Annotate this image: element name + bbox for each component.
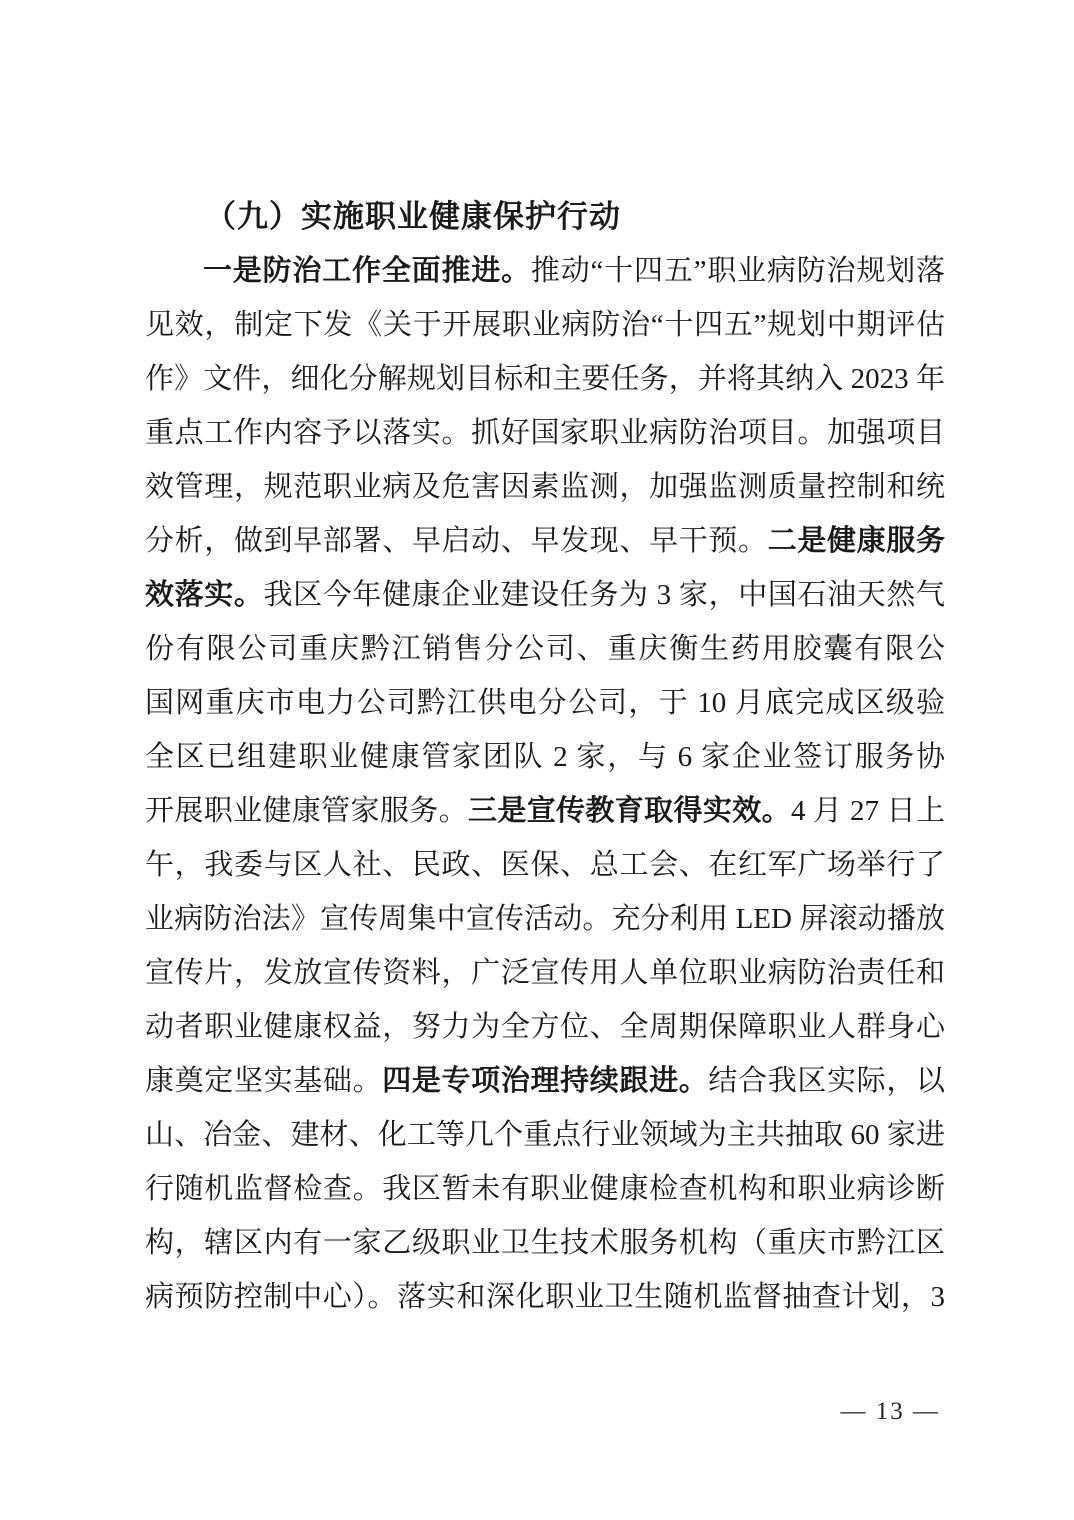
text-line: 作》文件，细化分解规划目标和主要任务，并将其纳入 2023 年: [145, 352, 945, 406]
text-line: 宣传片，发放宣传资料，广泛宣传用人单位职业病防治责任和劳: [145, 946, 945, 1000]
text-run: 午，我委与区人社、民政、医保、总工会、在红军广场举行了《职: [145, 849, 945, 892]
text-run: 见效，制定下发《关于开展职业病防治“十四五”规划中期评估工: [145, 309, 945, 352]
text-line: 行随机监督检查。我区暂未有职业健康检查机构和职业病诊断机: [145, 1162, 945, 1216]
text-line: 业病防治法》宣传周集中宣传活动。充分利用 LED 屏滚动播放: [145, 892, 945, 946]
text-line: 开展职业健康管家服务。三是宣传教育取得实效。4 月 27 日上: [145, 784, 945, 838]
text-run: 业病防治法》宣传周集中宣传活动。充分利用 LED 屏滚动播放: [145, 903, 945, 935]
bold-text-run: 四是专项治理持续跟进。: [382, 1065, 708, 1097]
text-run: 病预防控制中心）。落实和深化职业卫生随机监督抽查计划，3: [145, 1281, 945, 1313]
text-run: 全区已组建职业健康管家团队 2 家，与 6 家企业签订服务协议，: [145, 741, 945, 784]
text-run: 国网重庆市电力公司黔江供电分公司，于 10 月底完成区级验收。: [145, 687, 945, 730]
text-run: 动者职业健康权益，努力为全方位、全周期保障职业人群身心健: [145, 1011, 945, 1054]
text-run: 行随机监督检查。我区暂未有职业健康检查机构和职业病诊断机: [145, 1173, 945, 1216]
text-run: 我区今年健康企业建设任务为 3 家，中国石油天然气股: [145, 579, 945, 622]
paragraph: 一是防治工作全面推进。推动“十四五”职业病防治规划落地见效，制定下发《关于开展职…: [145, 244, 945, 1324]
text-line: 份有限公司重庆黔江销售分公司、重庆衡生药用胶囊有限公司、: [145, 622, 945, 676]
text-line: 效管理，规范职业病及危害因素监测，加强监测质量控制和统计: [145, 460, 945, 514]
text-run: 康奠定坚实基础。: [145, 1065, 382, 1097]
bold-text-run: 效落实。: [145, 579, 264, 611]
text-line: 一是防治工作全面推进。推动“十四五”职业病防治规划落地: [145, 244, 945, 298]
page-number: — 13 —: [841, 1392, 941, 1432]
bold-text-run: 一是防治工作全面推进。: [203, 255, 531, 287]
document-page: （九）实施职业健康保护行动 一是防治工作全面推进。推动“十四五”职业病防治规划落…: [0, 0, 1074, 1520]
text-line: 国网重庆市电力公司黔江供电分公司，于 10 月底完成区级验收。: [145, 676, 945, 730]
text-run: 分析，做到早部署、早启动、早发现、早干预。: [145, 525, 768, 557]
text-run: 山、冶金、建材、化工等几个重点行业领域为主共抽取 60 家进: [145, 1119, 945, 1151]
text-line: 康奠定坚实基础。四是专项治理持续跟进。结合我区实际，以矿: [145, 1054, 945, 1108]
text-line: 见效，制定下发《关于开展职业病防治“十四五”规划中期评估工: [145, 298, 945, 352]
text-line: 午，我委与区人社、民政、医保、总工会、在红军广场举行了《职: [145, 838, 945, 892]
text-run: 开展职业健康管家服务。: [145, 795, 468, 827]
text-line: 效落实。我区今年健康企业建设任务为 3 家，中国石油天然气股: [145, 568, 945, 622]
text-run: 效管理，规范职业病及危害因素监测，加强监测质量控制和统计: [145, 471, 945, 514]
text-run: 作》文件，细化分解规划目标和主要任务，并将其纳入 2023 年: [145, 363, 945, 395]
text-line: 动者职业健康权益，努力为全方位、全周期保障职业人群身心健: [145, 1000, 945, 1054]
text-run: 4 月 27 日上: [791, 795, 945, 827]
bold-text-run: 三是宣传教育取得实效。: [468, 795, 791, 827]
text-run: 重点工作内容予以落实。抓好国家职业病防治项目。加强项目绩: [145, 417, 945, 460]
text-run: 构，辖区内有一家乙级职业卫生技术服务机构（重庆市黔江区疾: [145, 1227, 945, 1270]
text-line: 重点工作内容予以落实。抓好国家职业病防治项目。加强项目绩: [145, 406, 945, 460]
section-heading: （九）实施职业健康保护行动: [145, 190, 945, 244]
text-line: 分析，做到早部署、早启动、早发现、早干预。二是健康服务有: [145, 514, 945, 568]
text-run: 份有限公司重庆黔江销售分公司、重庆衡生药用胶囊有限公司、: [145, 633, 945, 676]
page-content: （九）实施职业健康保护行动 一是防治工作全面推进。推动“十四五”职业病防治规划落…: [145, 190, 945, 1324]
text-line: 构，辖区内有一家乙级职业卫生技术服务机构（重庆市黔江区疾: [145, 1216, 945, 1270]
text-line: 病预防控制中心）。落实和深化职业卫生随机监督抽查计划，3: [145, 1270, 945, 1324]
text-run: 宣传片，发放宣传资料，广泛宣传用人单位职业病防治责任和劳: [145, 957, 945, 1000]
text-line: 山、冶金、建材、化工等几个重点行业领域为主共抽取 60 家进: [145, 1108, 945, 1162]
text-line: 全区已组建职业健康管家团队 2 家，与 6 家企业签订服务协议，: [145, 730, 945, 784]
